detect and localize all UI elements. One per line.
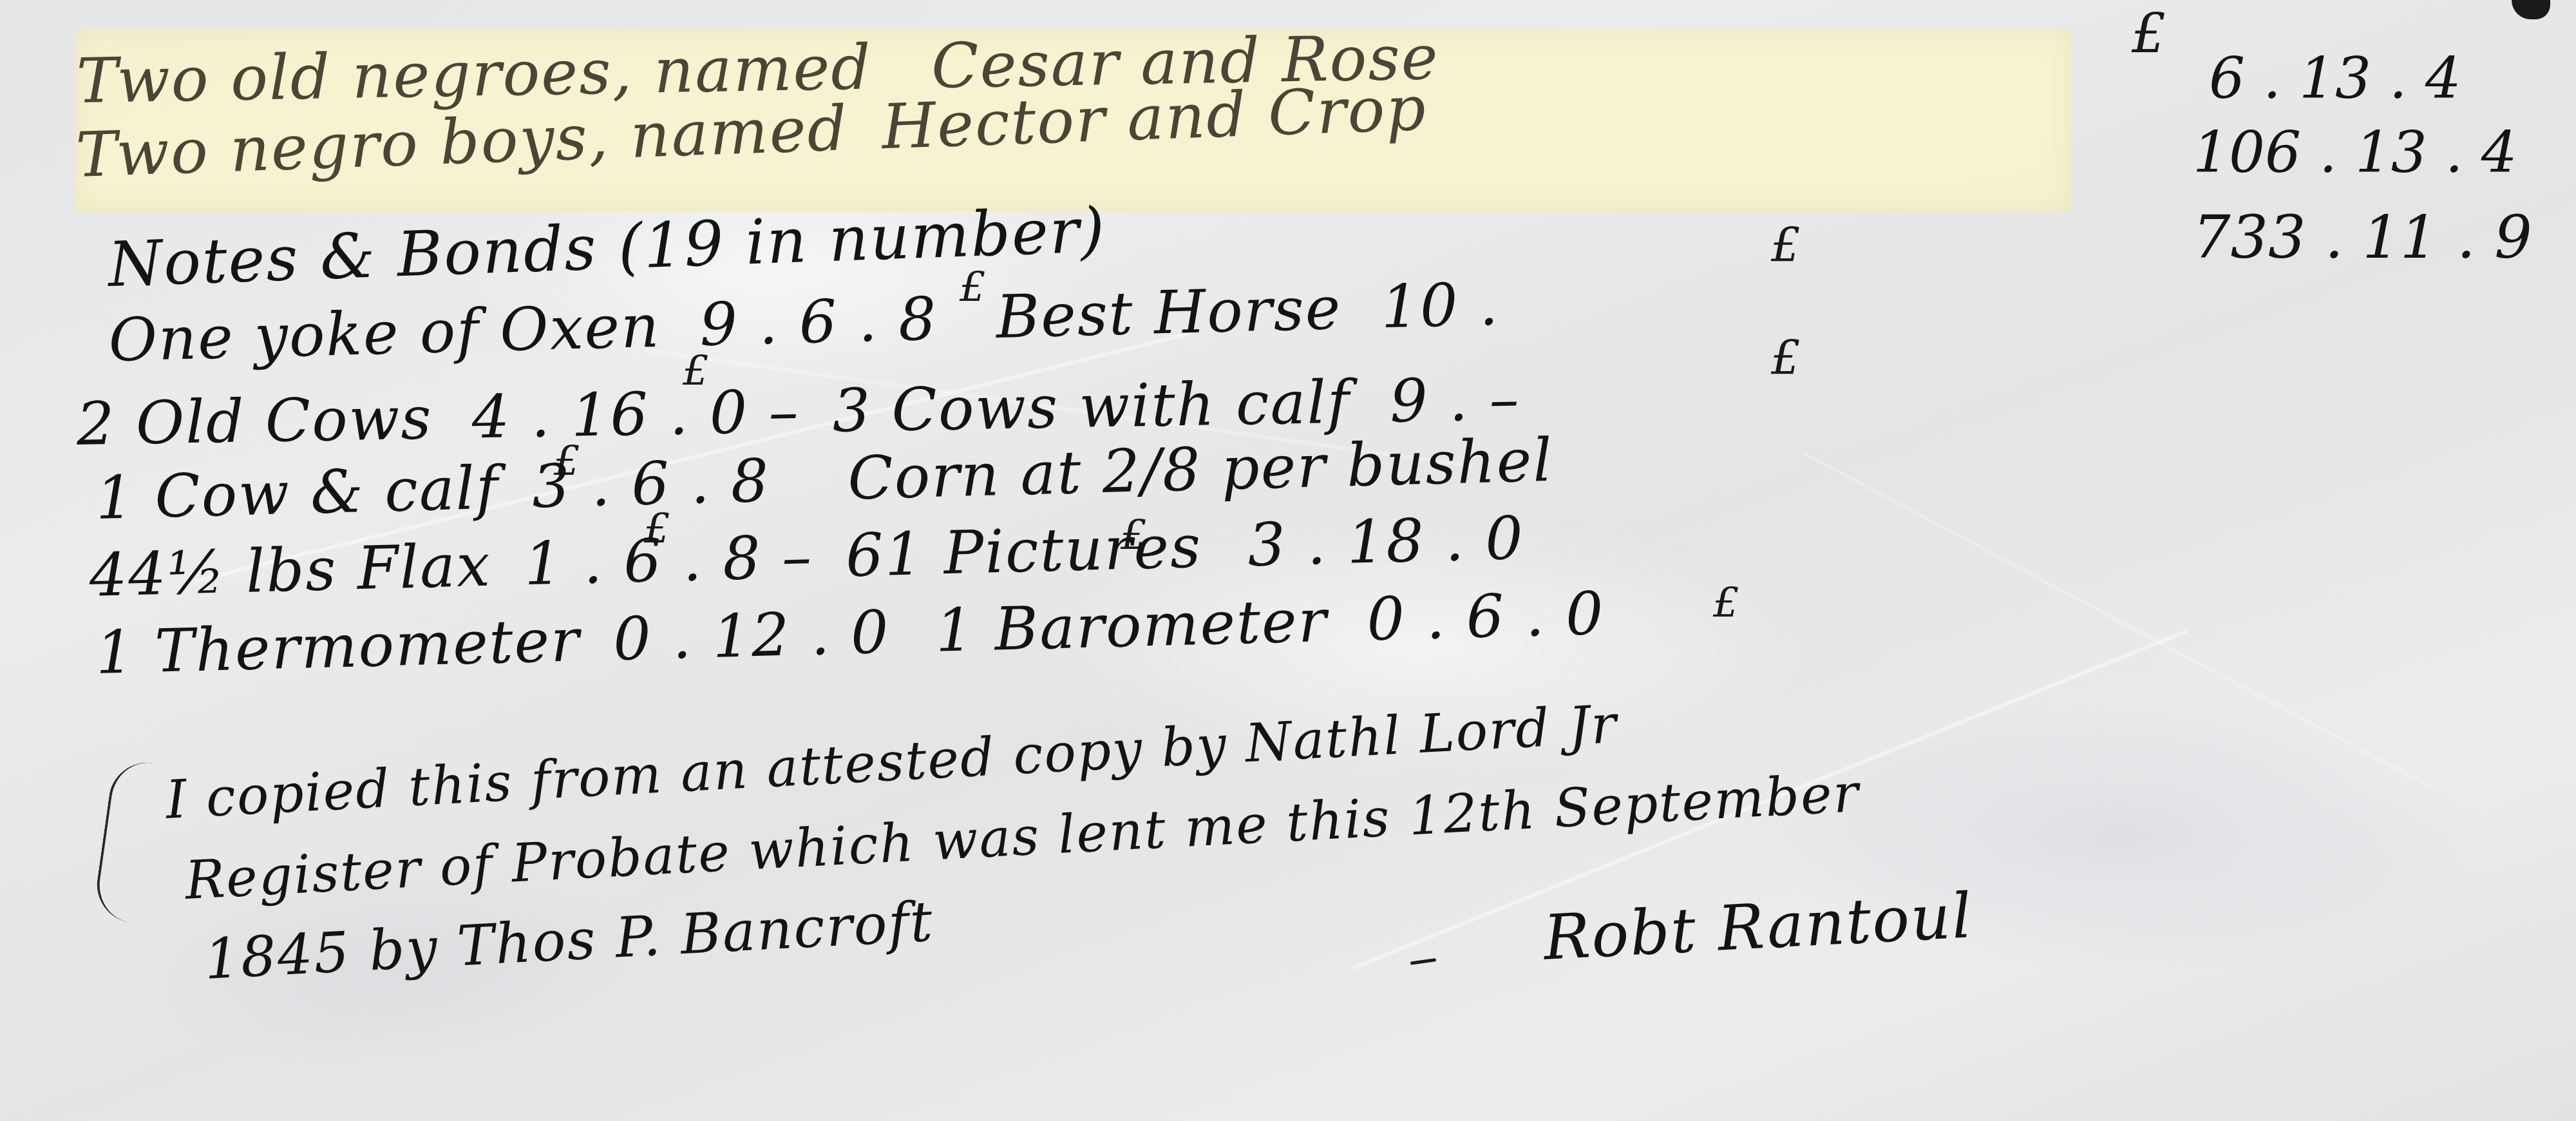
amount-line-3: 733 . 11 . 9 — [2193, 203, 2532, 272]
amount-line-2: 106 . 13 . 4 — [2193, 119, 2517, 186]
flax-amount: 1 . 6 . 8 – — [523, 522, 813, 599]
pictures-label: 61 Pictures — [845, 512, 1203, 590]
horse-label: Best Horse — [995, 274, 1342, 352]
barometer-label: 1 Barometer — [934, 586, 1328, 666]
pound-sign: £ — [1771, 335, 1801, 381]
signature: Robt Rantoul — [1542, 879, 1975, 974]
cows-calf-amount: 9 . – — [1389, 365, 1520, 436]
closing-dash — [1410, 958, 1436, 965]
pictures-amount: 3 . 18 . 0 — [1247, 504, 1525, 580]
thermometer-amount: 0 . 12 . 0 — [612, 598, 891, 674]
flax-label: 44½ lbs Flax — [88, 531, 492, 610]
oxen-label: One yoke of Oxen — [108, 292, 661, 375]
paper-crease — [1803, 451, 2430, 787]
amount-line-1: 6 . 13 . 4 — [2209, 45, 2461, 111]
old-cows-label: 2 Old Cows — [76, 383, 433, 459]
oxen-amount: 9 . 6 . 8 — [699, 284, 938, 359]
barometer-amount: 0 . 6 . 0 — [1366, 579, 1605, 655]
ink-blot — [2512, 0, 2550, 19]
old-cows-amount: 4 . 16 . 0 – — [471, 377, 800, 452]
note-bracket — [92, 758, 162, 924]
cow-calf-label: 1 Cow & calf — [95, 454, 500, 533]
pound-header: £ — [2132, 6, 2166, 61]
pound-sign: £ — [1771, 222, 1801, 269]
thermometer-label: 1 Thermometer — [95, 606, 581, 687]
pound-sign: £ — [1713, 583, 1739, 624]
signature-text: Robt Rantoul — [1542, 879, 1975, 974]
horse-amount: 10 . — [1380, 269, 1500, 341]
